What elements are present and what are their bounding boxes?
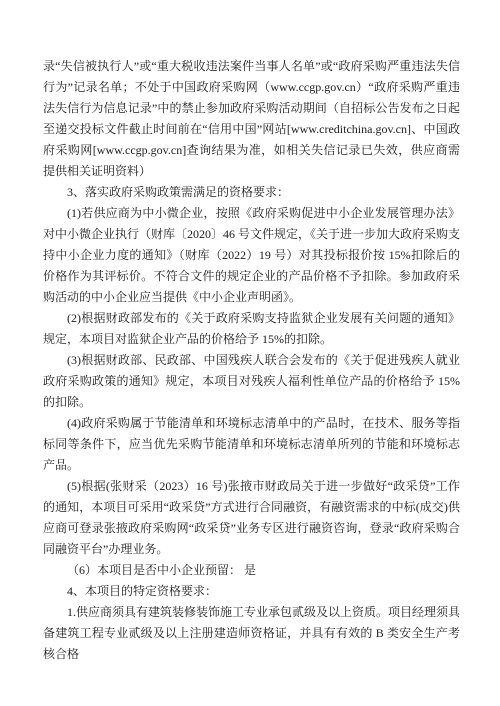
paragraph-heading-4-specific-qualifications: 4、本项目的特定资格要求：	[43, 581, 460, 602]
document-body: 录“失信被执行人”或“重大税收违法案件当事人名单”或“政府采购严重违法失信行为”…	[43, 56, 460, 665]
paragraph-item-1-sme-deduction: (1)若供应商为中小微企业，按照《政府采购促进中小企业发展管理办法》对中小微企业…	[43, 203, 460, 308]
paragraph-item-3-disabled-welfare: (3)根据财政部、民政部、中国残疾人联合会发布的《关于促进残疾人就业政府采购政策…	[43, 350, 460, 413]
document-page: 录“失信被执行人”或“重大税收违法案件当事人名单”或“政府采购严重违法失信行为”…	[0, 0, 500, 706]
paragraph-item-1-supplier-qualification: 1.供应商须具有建筑装修装饰施工专业承包贰级及以上资质。项目经理须具备建筑工程专…	[43, 602, 460, 665]
paragraph-item-2-prison-enterprise: (2)根据财政部发布的《关于政府采购支持监狱企业发展有关问题的通知》规定，本项目…	[43, 308, 460, 350]
paragraph-item-4-energy-saving: (4)政府采购属于节能清单和环境标志清单中的产品时，在技术、服务等指标同等条件下…	[43, 413, 460, 476]
paragraph-item-6-sme-reservation: （6）本项目是否中小企业预留： 是	[43, 560, 460, 581]
paragraph-item-5-procurement-loan: (5)根据(张财采（2023）16 号)张掖市财政局关于进一步做好“政采贷”工作…	[43, 476, 460, 560]
paragraph-heading-3-policy-requirements: 3、落实政府采购政策需满足的资格要求：	[43, 182, 460, 203]
paragraph-credit-record-continuation: 录“失信被执行人”或“重大税收违法案件当事人名单”或“政府采购严重违法失信行为”…	[43, 56, 460, 182]
